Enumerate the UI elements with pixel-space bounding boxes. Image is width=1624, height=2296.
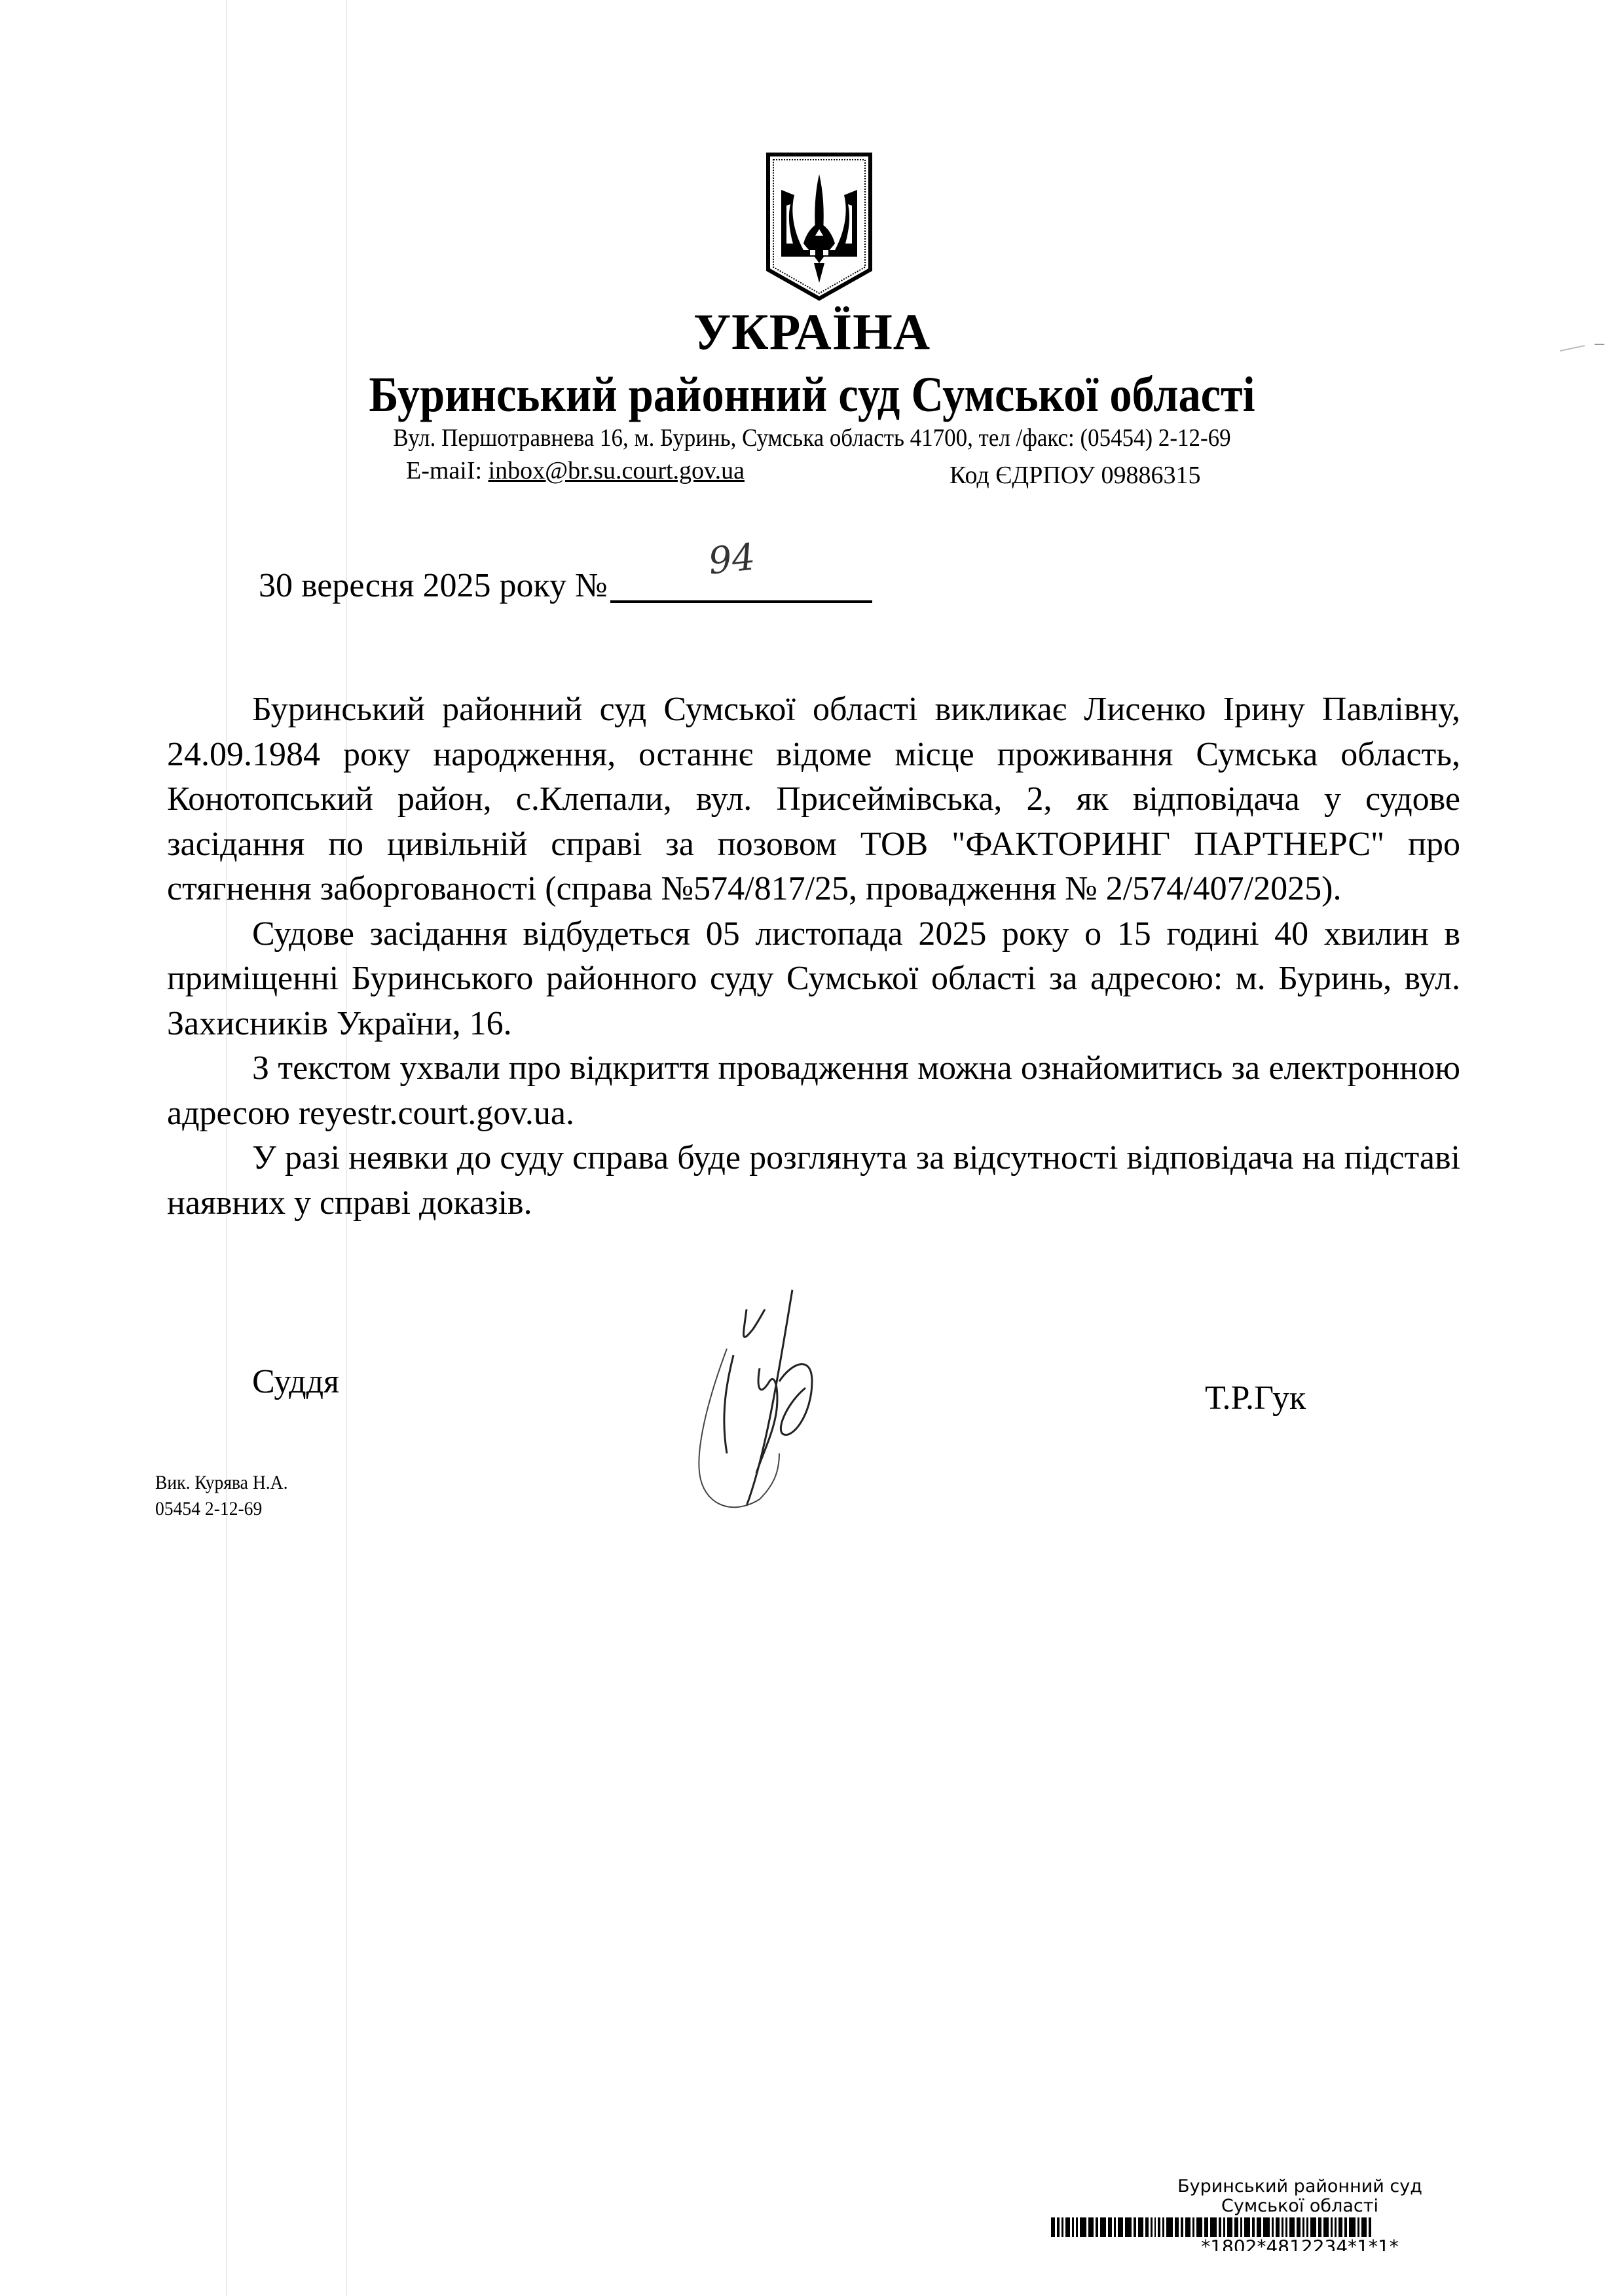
body-paragraph: Судове засідання відбудеться 05 листопад… (167, 912, 1460, 1047)
body-paragraph: Буринський районний суд Сумської області… (167, 687, 1460, 912)
document-date-number: 30 вересня 2025 року № 94 (259, 560, 872, 603)
stamp-line-1: Буринський районний суд (1048, 2177, 1552, 2196)
handwritten-signature-icon (648, 1283, 950, 1532)
registry-stamp: Буринський районний суд Сумської області (1048, 2177, 1552, 2216)
executor-name: Вик. Курява Н.А. (155, 1470, 288, 1496)
country-title: УКРАЇНА (0, 306, 1624, 357)
email-label: E-maiI: (406, 457, 489, 484)
email-link[interactable]: inbox@br.su.court.gov.ua (489, 457, 745, 484)
signature-title: Суддя (252, 1365, 339, 1399)
court-name: Буринський районний суд Сумської області (81, 370, 1543, 420)
barcode-icon (1051, 2217, 1549, 2237)
stamp-line-2: Сумської області (1048, 2196, 1552, 2216)
document-date: 30 вересня 2025 року № (259, 569, 608, 603)
executor-info: Вик. Курява Н.А. 05454 2-12-69 (155, 1470, 288, 1522)
executor-phone: 05454 2-12-69 (155, 1496, 288, 1522)
document-number-field: 94 (610, 560, 872, 603)
scan-margin-mark-icon (1559, 340, 1611, 354)
judge-name: Т.Р.Гук (1205, 1381, 1306, 1415)
document-body: Буринський районний суд Сумської області… (167, 687, 1460, 1226)
body-paragraph: З текстом ухвали про відкриття проваджен… (167, 1046, 1460, 1136)
document-number-handwritten: 94 (707, 539, 757, 580)
coat-of-arms-icon (764, 152, 874, 301)
court-email-row: E-maiI: inbox@br.su.court.gov.ua (406, 458, 745, 483)
edrpou-code: Код ЄДРПОУ 09886315 (950, 463, 1201, 488)
body-paragraph: У разі неявки до суду справа буде розгля… (167, 1136, 1460, 1226)
court-address: Вул. Першотравнева 16, м. Буринь, Сумськ… (65, 426, 1559, 450)
barcode-number: *1802*4812234*1*1* (1048, 2238, 1552, 2251)
